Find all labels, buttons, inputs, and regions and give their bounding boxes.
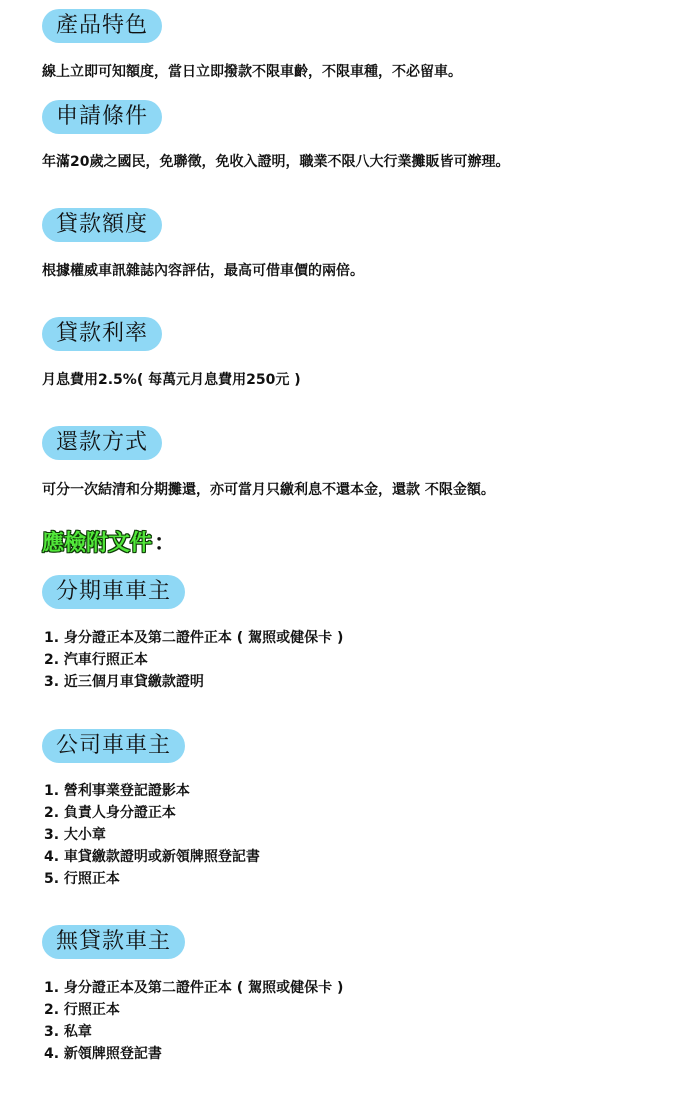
list-item: 1. 營利事業登記證影本	[44, 780, 260, 802]
loan-amount-text: 根據權威車訊雜誌內容評估，最高可借車價的兩倍。	[42, 261, 364, 281]
list-item: 3. 近三個月車貸繳款證明	[44, 671, 343, 693]
product-features-text: 線上立即可知額度，當日立即撥款不限車齡，不限車種，不必留車。	[42, 62, 462, 82]
documents-heading-colon: ：	[154, 531, 176, 556]
documents-heading-text: 應檢附文件	[42, 531, 152, 556]
documents-heading: 應檢附文件：	[42, 530, 176, 558]
section-title-eligibility: 申請條件	[42, 100, 162, 134]
section-title-product-features: 產品特色	[42, 9, 162, 43]
section-title-interest-rate: 貸款利率	[42, 317, 162, 351]
list-item: 3. 大小章	[44, 824, 260, 846]
list-item: 2. 汽車行照正本	[44, 649, 343, 671]
list-item: 3. 私章	[44, 1021, 343, 1043]
section-title-loan-amount: 貸款額度	[42, 208, 162, 242]
section-title-repayment: 還款方式	[42, 426, 162, 460]
list-item: 1. 身分證正本及第二證件正本 ( 駕照或健保卡 )	[44, 627, 343, 649]
group-title-company-car-owner: 公司車車主	[42, 729, 185, 763]
list-item: 2. 行照正本	[44, 999, 343, 1021]
group-title-no-loan-owner: 無貸款車主	[42, 925, 185, 959]
interest-rate-text: 月息費用2.5%( 每萬元月息費用250元 )	[42, 370, 301, 390]
list-item: 2. 負責人身分證正本	[44, 802, 260, 824]
eligibility-text: 年滿20歲之國民，免聯徵，免收入證明，職業不限八大行業攤販皆可辦理。	[42, 152, 509, 172]
group-title-installment-owner: 分期車車主	[42, 575, 185, 609]
list-item: 5. 行照正本	[44, 868, 260, 890]
list-item: 4. 新領牌照登記書	[44, 1043, 343, 1065]
company-car-owner-doc-list: 1. 營利事業登記證影本 2. 負責人身分證正本 3. 大小章 4. 車貸繳款證…	[44, 780, 260, 890]
no-loan-owner-doc-list: 1. 身分證正本及第二證件正本 ( 駕照或健保卡 ) 2. 行照正本 3. 私章…	[44, 977, 343, 1065]
list-item: 4. 車貸繳款證明或新領牌照登記書	[44, 846, 260, 868]
list-item: 1. 身分證正本及第二證件正本 ( 駕照或健保卡 )	[44, 977, 343, 999]
installment-owner-doc-list: 1. 身分證正本及第二證件正本 ( 駕照或健保卡 ) 2. 汽車行照正本 3. …	[44, 627, 343, 693]
repayment-text: 可分一次結清和分期攤還，亦可當月只繳利息不還本金，還款 不限金額。	[42, 480, 495, 500]
